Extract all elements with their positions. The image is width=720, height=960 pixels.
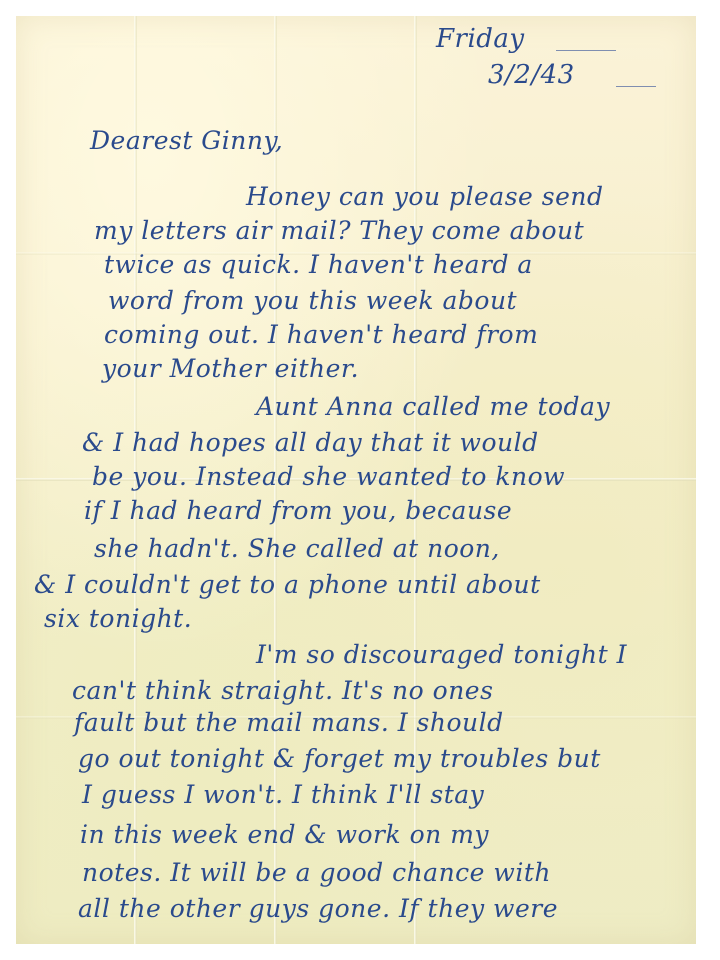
letter-line: in this week end & work on my: [80, 822, 489, 847]
letter-line: notes. It will be a good chance with: [82, 860, 551, 885]
letter-line: I guess I won't. I think I'll stay: [82, 782, 484, 807]
letter-date: 3/2/43: [488, 62, 575, 88]
letter-line: be you. Instead she wanted to know: [92, 464, 565, 489]
letter-page: Friday 3/2/43 Dearest Ginny, Honey can y…: [16, 16, 696, 944]
letter-line: your Mother either.: [102, 356, 359, 381]
letter-line: coming out. I haven't heard from: [104, 322, 538, 347]
letter-line: can't think straight. It's no ones: [72, 678, 493, 703]
letter-line: Aunt Anna called me today: [256, 394, 610, 419]
letter-line: she hadn't. She called at noon,: [94, 536, 500, 561]
letter-line: six tonight.: [44, 606, 192, 631]
letter-day: Friday: [436, 26, 525, 52]
letter-line: fault but the mail mans. I should: [74, 710, 504, 735]
letter-line: Honey can you please send: [246, 184, 604, 209]
letter-line: if I had heard from you, because: [84, 498, 512, 523]
date-underline: [556, 50, 616, 51]
letter-line: go out tonight & forget my troubles but: [78, 746, 601, 771]
letter-line: I'm so discouraged tonight I: [256, 642, 627, 667]
letter-line: twice as quick. I haven't heard a: [104, 252, 533, 277]
letter-line: my letters air mail? They come about: [94, 218, 584, 243]
letter-line: & I couldn't get to a phone until about: [34, 572, 541, 597]
letter-line: word from you this week about: [108, 288, 517, 313]
letter-line: & I had hopes all day that it would: [82, 430, 539, 455]
letter-line: all the other guys gone. If they were: [78, 896, 558, 921]
date-dash: [616, 86, 656, 87]
letter-salutation: Dearest Ginny,: [90, 128, 283, 153]
